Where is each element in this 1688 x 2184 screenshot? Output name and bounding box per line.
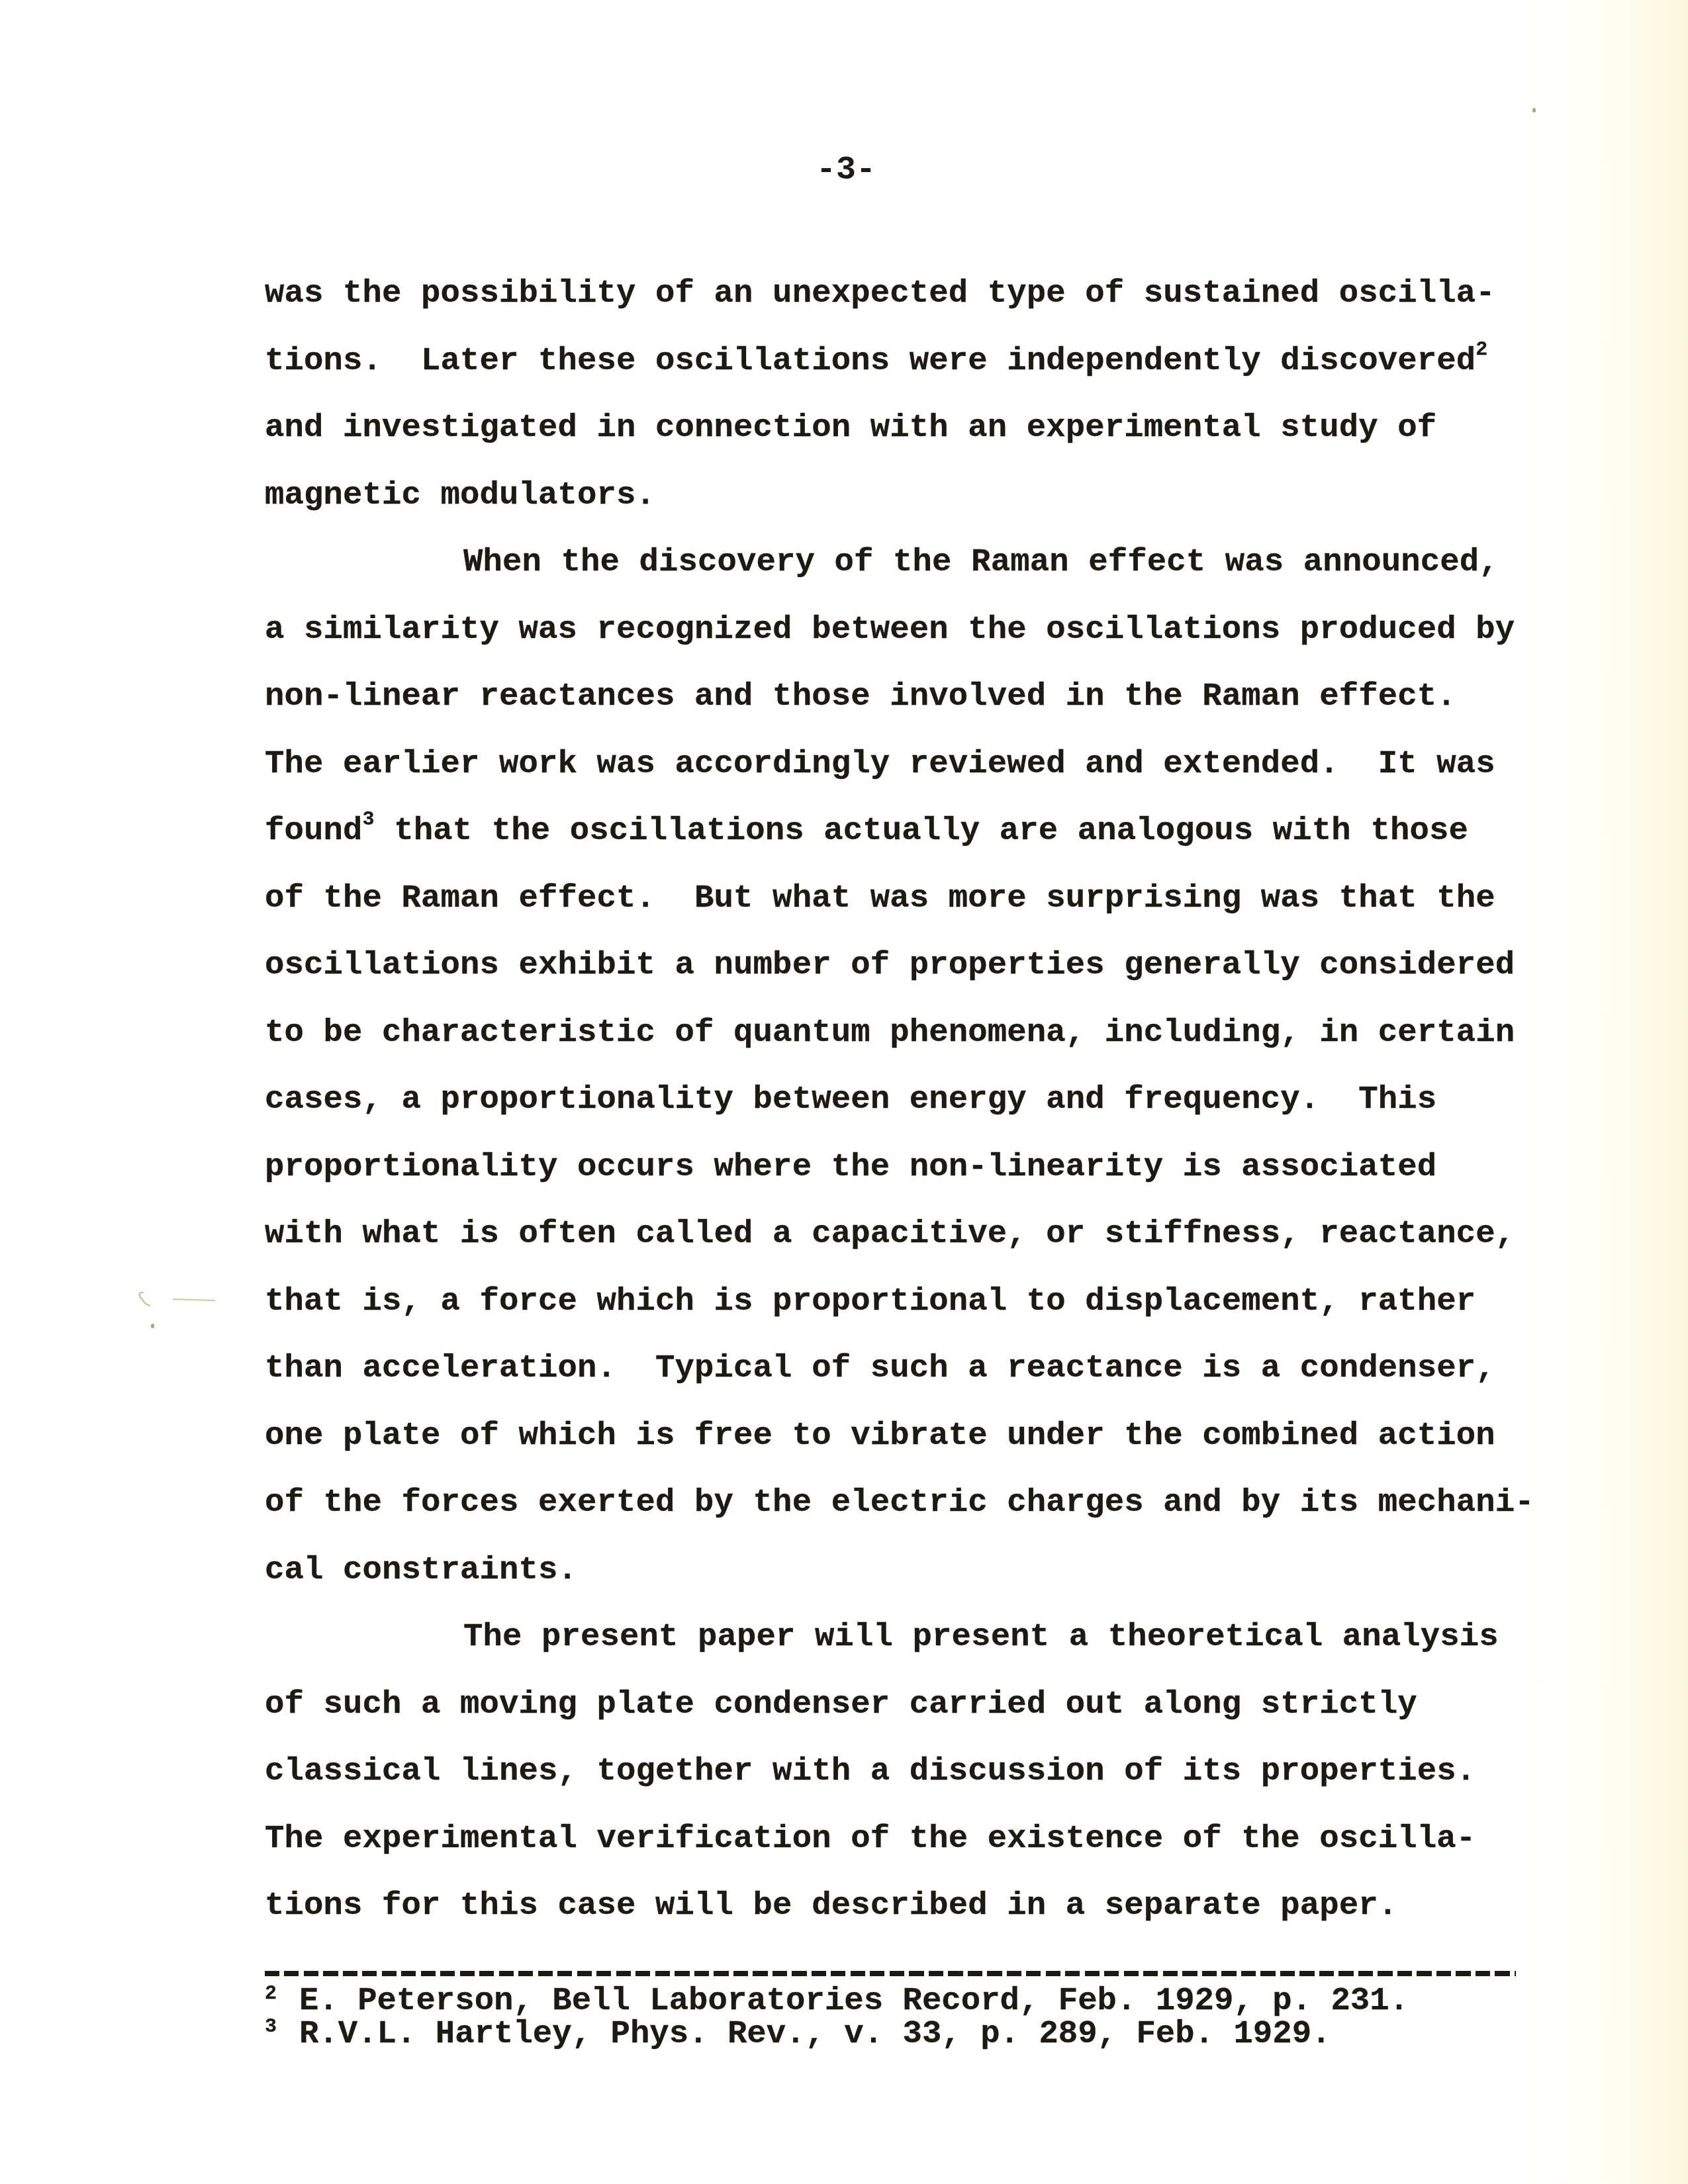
footnote-mark: 2 [265,1978,299,2011]
text-line-content: with what is often called a capacitive, … [265,1215,1515,1252]
text-line: non-linear reactances and those involved… [265,663,1556,731]
text-line-content: When the discovery of the Raman effect w… [463,543,1499,580]
text-line: of the Raman effect. But what was more s… [265,865,1556,933]
text-line: of the forces exerted by the electric ch… [265,1469,1556,1537]
footnote: 3R.V.L. Hartley, Phys. Rev., v. 33, p. 2… [265,2017,1556,2050]
text-line-content: was the possibility of an unexpected typ… [265,275,1495,312]
text-line-content: cal constraints. [265,1551,577,1588]
text-line: with what is often called a capacitive, … [265,1201,1556,1268]
text-line: was the possibility of an unexpected typ… [265,260,1556,328]
text-line: of such a moving plate condenser carried… [265,1671,1556,1739]
text-line-content: The earlier work was accordingly reviewe… [265,745,1495,782]
footnote-text: E. Peterson, Bell Laboratories Record, F… [299,1982,1409,2019]
stray-mark [151,1324,154,1328]
text-line-content: and investigated in connection with an e… [265,409,1436,446]
body-text: was the possibility of an unexpected typ… [265,260,1556,1940]
text-line-content: oscillations exhibit a number of propert… [265,946,1515,983]
text-line-content: tions. Later these oscillations were ind… [265,342,1476,379]
text-line-content: The experimental verification of the exi… [265,1820,1476,1857]
text-line: The earlier work was accordingly reviewe… [265,731,1556,798]
text-line: found3 that the oscillations actually ar… [265,797,1556,865]
handwritten-margin-mark [136,1287,228,1314]
page-number: -3- [816,151,876,191]
text-line-content: magnetic modulators. [265,477,655,514]
text-line-content: proportionality occurs where the non-lin… [265,1148,1436,1185]
text-line-content: to be characteristic of quantum phenomen… [265,1014,1515,1051]
text-line-content: that is, a force which is proportional t… [265,1283,1476,1320]
text-line: to be characteristic of quantum phenomen… [265,999,1556,1067]
footnote-reference: 2 [1476,339,1487,361]
text-line-content: of the Raman effect. But what was more s… [265,880,1495,917]
text-line: that is, a force which is proportional t… [265,1268,1556,1336]
footnote-text: R.V.L. Hartley, Phys. Rev., v. 33, p. 28… [299,2015,1331,2052]
text-line-continuation: that the oscillations actually are analo… [375,812,1468,849]
footnote-reference: 3 [363,809,375,831]
text-line-content: tions for this case will be described in… [265,1887,1397,1924]
footnote: 2E. Peterson, Bell Laboratories Record, … [265,1984,1556,2017]
text-line-content: of such a moving plate condenser carried… [265,1686,1417,1723]
text-line: cases, a proportionality between energy … [265,1066,1556,1134]
text-line-content: of the forces exerted by the electric ch… [265,1484,1534,1521]
text-line: a similarity was recognized between the … [265,596,1556,664]
text-line: magnetic modulators. [265,462,1556,529]
text-line: tions. Later these oscillations were ind… [265,328,1556,395]
text-line: oscillations exhibit a number of propert… [265,932,1556,999]
text-line: one plate of which is free to vibrate un… [265,1402,1556,1470]
text-line-content: The present paper will present a theoret… [463,1618,1499,1655]
stray-mark [1532,108,1536,113]
text-line: proportionality occurs where the non-lin… [265,1134,1556,1201]
text-line-content: a similarity was recognized between the … [265,611,1515,648]
text-line-content: classical lines, together with a discuss… [265,1752,1476,1790]
text-line: than acceleration. Typical of such a rea… [265,1335,1556,1402]
text-line-content: one plate of which is free to vibrate un… [265,1417,1495,1454]
footnote-mark: 3 [265,2011,299,2044]
text-line-content: cases, a proportionality between energy … [265,1081,1436,1118]
text-line: and investigated in connection with an e… [265,394,1556,462]
text-line-content: than acceleration. Typical of such a rea… [265,1349,1495,1387]
text-line: tions for this case will be described in… [265,1872,1556,1940]
footnote-separator [265,1971,1516,1976]
text-line-content: non-linear reactances and those involved… [265,678,1456,715]
text-line: When the discovery of the Raman effect w… [265,529,1556,596]
text-line-content: found [265,812,363,849]
footnotes: 2E. Peterson, Bell Laboratories Record, … [265,1984,1556,2050]
text-line: cal constraints. [265,1537,1556,1604]
text-line: The experimental verification of the exi… [265,1805,1556,1873]
text-line: classical lines, together with a discuss… [265,1738,1556,1805]
text-line: The present paper will present a theoret… [265,1604,1556,1671]
